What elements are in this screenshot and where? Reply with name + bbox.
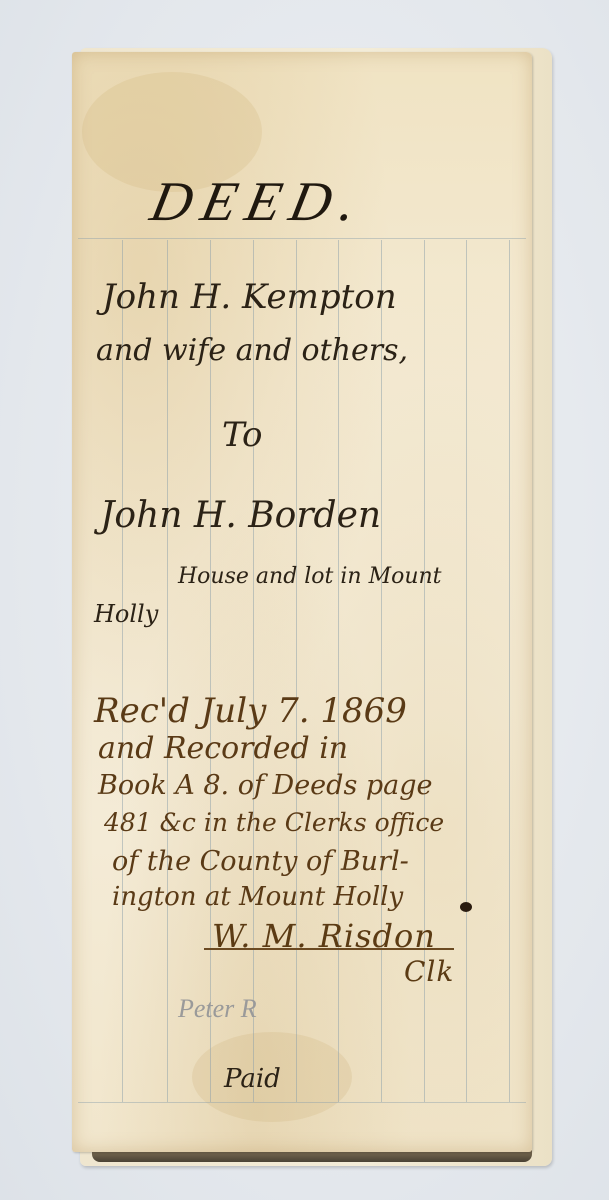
grantor-others: and wife and others, <box>96 336 408 366</box>
paid-annotation: Paid <box>224 1066 281 1092</box>
ink-blot <box>460 902 472 912</box>
recording-line: and Recorded in <box>98 734 348 764</box>
ruled-line <box>253 240 254 1102</box>
footer-rule <box>78 1102 526 1103</box>
ruled-line <box>381 240 382 1102</box>
recording-line: of the County of Burl- <box>112 848 409 875</box>
to-label: To <box>222 418 263 452</box>
clerk-title: Clk <box>404 958 454 986</box>
grantor-name: John H. Kempton <box>102 280 397 314</box>
deed-document: DEED. John H. Kempton and wife and other… <box>72 52 532 1152</box>
recording-line: Rec'd July 7. 1869 <box>94 694 407 728</box>
recording-line: ington at Mount Holly <box>112 884 403 910</box>
property-description: House and lot in Mount <box>178 566 442 588</box>
recording-line: Book A 8. of Deeds page <box>98 772 433 799</box>
ruled-line <box>509 240 510 1102</box>
ruled-line <box>122 240 123 1102</box>
grantee-name: John H. Borden <box>100 498 381 534</box>
ruled-line <box>296 240 297 1102</box>
ruled-line <box>210 240 211 1102</box>
recording-line: 481 &c in the Clerks office <box>104 810 444 835</box>
property-location: Holly <box>94 602 158 626</box>
header-rule <box>78 238 526 239</box>
pencil-annotation: Peter R <box>178 996 257 1022</box>
ruled-line <box>338 240 339 1102</box>
signature-underline <box>204 948 454 950</box>
ruled-grid <box>78 240 526 1102</box>
ruled-line <box>167 240 168 1102</box>
ruled-line <box>466 240 467 1102</box>
document-title: DEED. <box>146 174 371 230</box>
